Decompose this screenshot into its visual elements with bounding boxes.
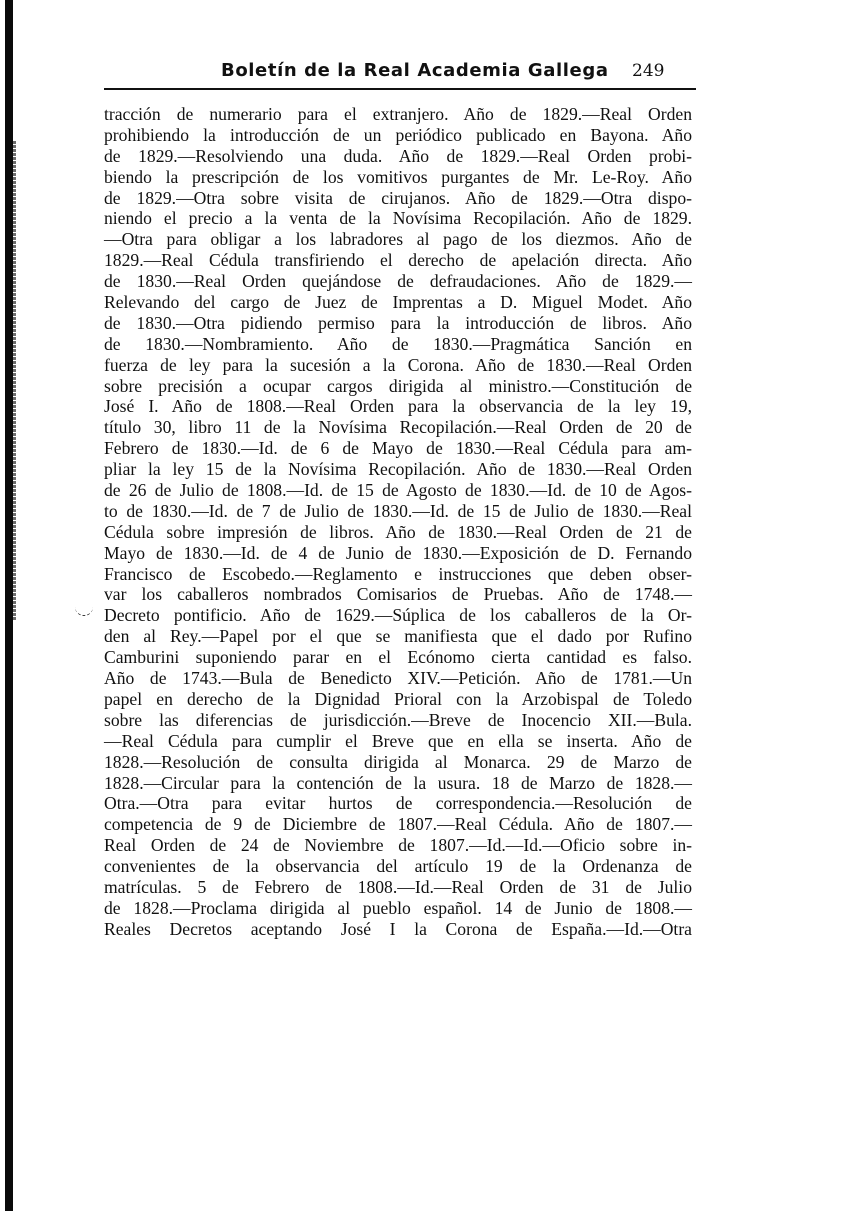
text-line: de 1830.—Nombramiento. Año de 1830.—Prag… (104, 334, 692, 355)
text-line: papel en derecho de la Dignidad Prioral … (104, 689, 692, 710)
text-line: Real Orden de 24 de Noviembre de 1807.—I… (104, 835, 692, 856)
text-line: de 1829.—Otra sobre visita de cirujanos.… (104, 188, 692, 209)
text-line: sobre precisión a ocupar cargos dirigida… (104, 376, 692, 397)
text-line: título 30, libro 11 de la Novísima Recop… (104, 417, 692, 438)
text-line: pliar la ley 15 de la Novísima Recopilac… (104, 459, 692, 480)
text-line: Francisco de Escobedo.—Reglamento e inst… (104, 564, 692, 585)
text-line: biendo la prescripción de los vomitivos … (104, 167, 692, 188)
text-line: —Otra para obligar a los labradores al p… (104, 229, 692, 250)
scan-binding-edge (5, 0, 13, 1211)
text-line: Otra.—Otra para evitar hurtos de corresp… (104, 793, 692, 814)
page-number: 249 (632, 61, 664, 81)
text-line: José I. Año de 1808.—Real Orden para la … (104, 396, 692, 417)
text-line: Año de 1743.—Bula de Benedicto XIV.—Peti… (104, 668, 692, 689)
scan-binding-texture (13, 140, 16, 620)
text-line: 1828.—Resolución de consulta dirigida al… (104, 752, 692, 773)
text-line: —Real Cédula para cumplir el Breve que e… (104, 731, 692, 752)
text-line: sobre las diferencias de jurisdicción.—B… (104, 710, 692, 731)
text-line: Relevando del cargo de Juez de Imprentas… (104, 292, 692, 313)
text-line: to de 1830.—Id. de 7 de Julio de 1830.—I… (104, 501, 692, 522)
text-line: Mayo de 1830.—Id. de 4 de Junio de 1830.… (104, 543, 692, 564)
journal-title: Boletín de la Real Academia Gallega (221, 60, 609, 81)
text-line: Reales Decretos aceptando José I la Coro… (104, 919, 692, 940)
text-line: de 1830.—Otra pidiendo permiso para la i… (104, 313, 692, 334)
text-line: prohibiendo la introducción de un periód… (104, 125, 692, 146)
text-line: de 1829.—Resolviendo una duda. Año de 18… (104, 146, 692, 167)
text-line: de 1830.—Real Orden quejándose de defrau… (104, 271, 692, 292)
text-line: Camburini suponiendo parar en el Ecónomo… (104, 647, 692, 668)
text-line: de 26 de Julio de 1808.—Id. de 15 de Ago… (104, 480, 692, 501)
text-line: fuerza de ley para la sucesión a la Coro… (104, 355, 692, 376)
text-line: competencia de 9 de Diciembre de 1807.—R… (104, 814, 692, 835)
scan-artifact-mark (75, 607, 93, 616)
text-line: den al Rey.—Papel por el que se manifies… (104, 626, 692, 647)
text-line: 1829.—Real Cédula transfiriendo el derec… (104, 250, 692, 271)
header-rule (104, 88, 696, 90)
text-line: 1828.—Circular para la contención de la … (104, 773, 692, 794)
text-line: niendo el precio a la venta de la Novísi… (104, 208, 692, 229)
text-line: matrículas. 5 de Febrero de 1808.—Id.—Re… (104, 877, 692, 898)
text-line: Febrero de 1830.—Id. de 6 de Mayo de 183… (104, 438, 692, 459)
text-line: convenientes de la observancia del artíc… (104, 856, 692, 877)
running-head: Boletín de la Real Academia Gallega 249 (104, 60, 696, 88)
text-line: var los caballeros nombrados Comisarios … (104, 584, 692, 605)
body-text: tracción de numerario para el extranjero… (104, 104, 692, 940)
text-line: Decreto pontificio. Año de 1629.—Súplica… (104, 605, 692, 626)
text-line: de 1828.—Proclama dirigida al pueblo esp… (104, 898, 692, 919)
text-line: Cédula sobre impresión de libros. Año de… (104, 522, 692, 543)
text-line: tracción de numerario para el extranjero… (104, 104, 692, 125)
